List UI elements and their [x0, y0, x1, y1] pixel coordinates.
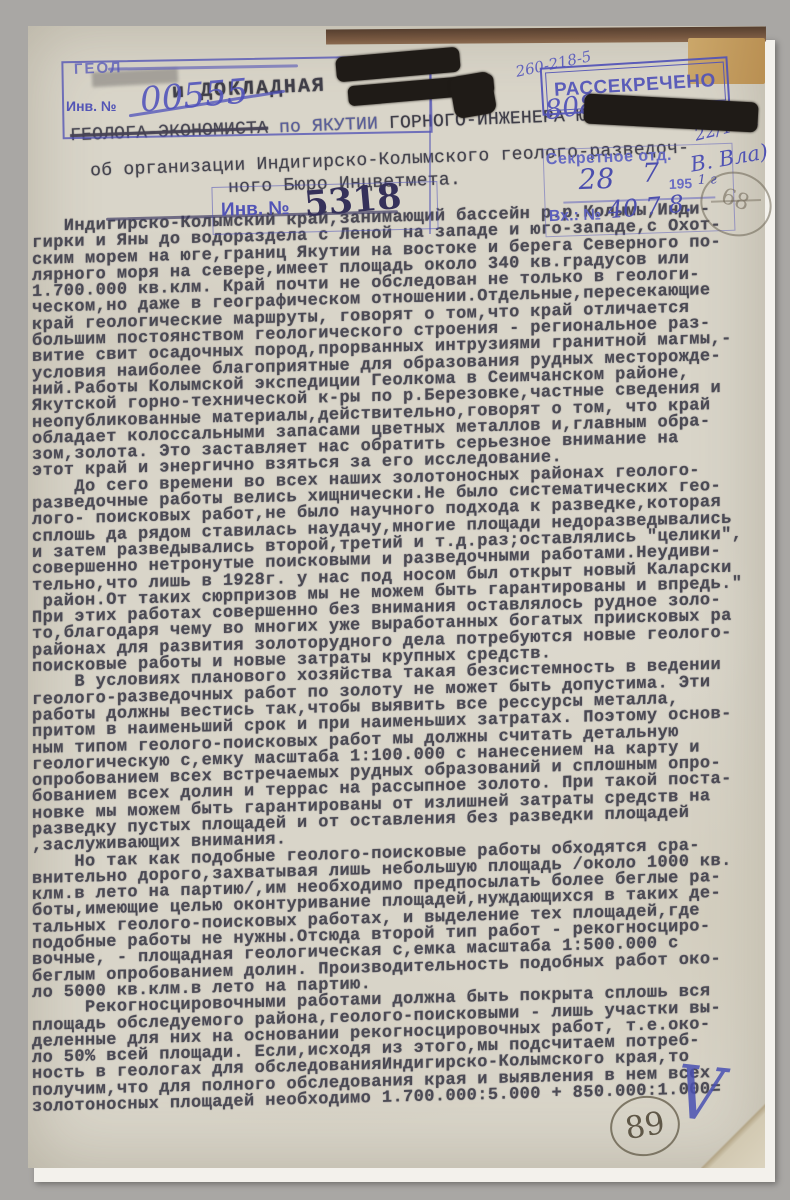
inventory-stamp-label: Инв. №: [221, 198, 290, 222]
body-text: Индигирско-Колымский край,занимающий бас…: [32, 201, 756, 1116]
geolfond-inv-label: Инв. №: [66, 98, 117, 114]
page-number: 89: [622, 1105, 667, 1147]
scanned-document-page: Индигирско-Колымский край,занимающий бас…: [0, 0, 790, 1200]
redaction-blot: [449, 71, 498, 120]
handwritten-day: 28: [578, 162, 615, 196]
folded-corner: [701, 1096, 765, 1168]
pencil-mark: 68: [718, 184, 752, 216]
handwritten-month: 7: [642, 158, 660, 189]
handwritten-inventory-number: 5318: [302, 176, 403, 225]
handwritten-incoming-number: 40 7 8.: [607, 189, 693, 224]
incoming-number-label: Вх.: №: [549, 206, 602, 226]
